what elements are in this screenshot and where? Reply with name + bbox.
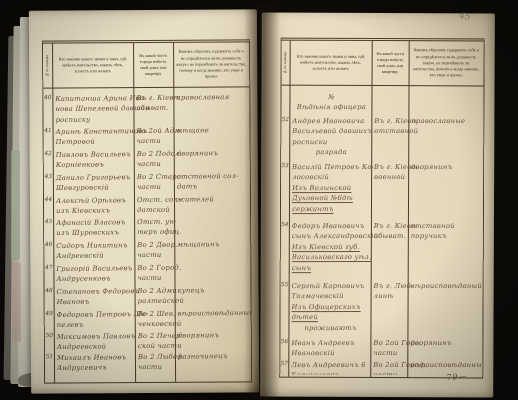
handwritten-line: Петровой	[56, 137, 133, 148]
handwritten-line: сынъ	[292, 263, 370, 273]
handwritten-line: Толмачевскій	[292, 291, 370, 301]
row-number: 52	[281, 116, 289, 158]
handwritten-line: Въ г. Кіевѣ	[374, 162, 407, 172]
handwritten-line: Во 2 Город.	[137, 263, 173, 274]
status-cell: вѣроисповѣданный	[175, 307, 251, 329]
handwritten-line: изъ Шуровскихъ	[56, 228, 133, 239]
handwritten-line: Аринѣ Константиновъ	[55, 126, 132, 137]
handwritten-line: Шевгуровскій	[56, 182, 133, 193]
handwritten-line: Ивановскій	[291, 348, 369, 358]
status-cell: дворянинъ	[175, 329, 251, 351]
handwritten-line: обыват.	[374, 232, 407, 242]
handwritten-line: купецъ	[177, 285, 249, 296]
handwritten-line: Въ г. Люб-	[374, 280, 407, 290]
handwritten-line: лосовскій	[292, 173, 370, 183]
table-row: 46Сидоръ НикитинъАндреевскійВо 2 Двор.ча…	[44, 239, 250, 262]
handwritten-line: военной	[374, 173, 407, 183]
name-cell: Афанасій Власовъизъ Шуровскихъ	[53, 218, 134, 240]
residence-cell: Въ г. Кіевѣвоенной	[371, 162, 408, 214]
row-number: 48	[44, 287, 53, 308]
status-cell: мѣщанинъ	[174, 239, 250, 261]
right-rows: №Вѣдѣнія офицера52Андрея ИвановичаВасиль…	[280, 87, 483, 376]
table-row: 47Григорій ВасильевъАндрусенковъВо 2 Гор…	[44, 262, 250, 285]
status-cell: разночинецъ	[175, 351, 251, 373]
table-row: 48Степановъ ФедоровъИвановъВо 2 Адми.рал…	[44, 285, 250, 308]
handwritten-line: дворянинъ	[177, 148, 249, 159]
left-rows: 40Капитанша Арина Ива-нова Шепелевой дав…	[43, 88, 251, 380]
column-header-status: Какимъ образомъ содержитъ себя и не опре…	[173, 42, 249, 86]
residence-cell: Во 2 Печер.ской части	[135, 330, 175, 351]
table-row: 49Федоровъ Петровъ Ше-пелевъВо 2 Шев.чен…	[45, 308, 251, 331]
handwritten-line: Во 2 Шев.	[138, 308, 174, 319]
handwritten-line: части	[373, 348, 406, 358]
handwritten-line: Въ г. Кіевѣ	[374, 116, 407, 126]
name-cell: Павловъ ВасильевъКорніенковъ	[53, 149, 134, 171]
handwritten-line: дѣтей	[292, 312, 370, 322]
handwritten-line: Сергѣй Карповичъ	[292, 281, 370, 291]
status-cell: дворянинъ	[407, 337, 482, 358]
row-number: 55	[281, 281, 289, 333]
name-cell: Алексѣй Орѣховъизъ Кіевскихъ	[53, 195, 134, 217]
handwritten-line: Федоровъ Петровъ Ше-	[57, 309, 134, 320]
handwritten-line: части	[137, 250, 173, 261]
table-row: 55Сергѣй КарповичъТолмачевскійИзъ Офицер…	[281, 280, 483, 332]
name-cell: Иванъ АндреевъИвановскій	[288, 338, 370, 359]
handwritten-line: сынъ Александровскій	[292, 232, 370, 242]
residence-cell: Отст. сол-датской	[134, 194, 174, 215]
residence-cell: Въ г. Кіевѣобыват.	[371, 221, 408, 273]
name-cell: Капитанша Арина Ива-нова Шепелевой давша…	[52, 93, 133, 125]
status-cell	[408, 92, 483, 113]
column-header-residence: Въ какой части города имѣетъ свой домъ и…	[372, 41, 409, 85]
handwritten-line: вѣроисповѣданый	[411, 280, 483, 290]
handwritten-line: Во 2 Лыбед.	[138, 352, 174, 363]
handwritten-line: Андреевской	[57, 341, 134, 352]
table-row: 53Василій Петровъ Ко-лосовскійИзъ Волынс…	[281, 162, 483, 214]
name-cell: Сидоръ НикитинъАндреевскій	[53, 240, 134, 262]
handwritten-line: поручикъ	[411, 232, 482, 242]
handwritten-line: Во 2 Двор.	[137, 240, 173, 251]
residence-cell: Въ г. Люб-линѣ	[371, 280, 408, 332]
row-number: 42	[44, 150, 53, 171]
handwritten-line: пелевъ	[57, 319, 134, 330]
column-header-name: Кто именно какого званія и чина, гдѣ имѣ…	[52, 43, 133, 87]
table-row: 50Максимовъ ПавловъАндреевскойВо 2 Печер…	[45, 329, 251, 352]
handwritten-line: дворянинъ	[410, 337, 481, 347]
handwritten-line: Изъ Офицерскихъ	[292, 301, 370, 311]
table-header-row: № по порядку Кто именно какого званія и …	[282, 41, 484, 87]
handwritten-line: №	[292, 92, 370, 102]
book-fore-edge	[12, 262, 21, 342]
handwritten-line: проживаютъ	[292, 322, 370, 332]
table-row: 52Андрея ИвановичаВасильевой давшихъросп…	[281, 116, 483, 158]
handwritten-line: Во 2 Адми.	[137, 286, 173, 297]
page-number: 45	[458, 11, 471, 23]
handwritten-line: отставной	[411, 221, 482, 231]
residence-cell: Отст. ун-теръ офиц.	[134, 217, 174, 238]
name-cell: Григорій ВасильевъАндрусенковъ	[53, 263, 134, 285]
handwritten-line: отставной сол-	[177, 171, 249, 182]
table-row: 44Алексѣй Орѣховъизъ КіевскихъОтст. сол-…	[44, 193, 250, 216]
row-number: 41	[43, 127, 52, 148]
handwritten-line: части	[137, 182, 173, 193]
residence-cell: Во 2ой Город.части	[370, 360, 407, 375]
handwritten-line: ской части	[138, 341, 174, 352]
row-number: 51	[45, 353, 54, 374]
status-cell: дворянинъ	[174, 148, 250, 170]
residence-cell: Во 2 Двор.части	[134, 240, 174, 261]
name-cell: Максимовъ ПавловъАндреевской	[54, 331, 135, 353]
row-number: 49	[45, 310, 54, 331]
handwritten-line: дворянинъ	[178, 329, 250, 340]
handwritten-line: православная	[176, 92, 248, 103]
residence-cell: Во 2ой Горо.части	[370, 338, 407, 359]
handwritten-line: дворянинъ	[411, 162, 482, 172]
status-cell: дворянинъ	[408, 162, 483, 214]
handwritten-line: Ивановъ	[57, 296, 134, 307]
handwritten-line: росписку	[55, 114, 132, 125]
handwritten-line: части	[373, 371, 406, 376]
handwritten-line: Алексѣй Орѣховъ	[56, 195, 133, 206]
handwritten-line: Григорій Васильевъ	[56, 263, 133, 274]
handwritten-line: Данило Григорьевъ	[56, 172, 133, 183]
handwritten-line: нова Шепелевой давшая	[55, 104, 132, 115]
name-cell: №Вѣдѣнія офицера	[289, 92, 371, 113]
handwritten-line: датской	[137, 205, 173, 216]
handwritten-line: вѣроисповѣданный	[178, 307, 251, 318]
residence-cell: Во 2ой Адм.части	[133, 126, 173, 147]
residence-cell	[371, 92, 408, 113]
book-photo: 45 № по порядку Кто именно какого званія…	[0, 0, 518, 400]
status-cell: православные	[408, 116, 483, 158]
handwritten-line: Федоръ Ивановичъ	[292, 221, 370, 231]
status-cell: купецъ	[174, 285, 250, 307]
table-row: 43Данило ГригорьевъШевгуровскійВо 2 Стар…	[44, 171, 250, 194]
handwritten-line: Васильевой давшихъ	[292, 126, 370, 136]
name-cell: Михаилъ ИвановъАндрусевичъ	[54, 352, 135, 374]
residence-cell: Во 2 Адми.ралтейской	[134, 286, 174, 307]
name-cell: Федоровъ Петровъ Ше-пелевъ	[54, 309, 135, 331]
handwritten-line: Во 2 Подол.	[137, 149, 173, 160]
row-number: 44	[44, 196, 53, 217]
name-cell: Аринѣ КонстантиновъПетровой	[52, 126, 133, 148]
row-number	[281, 92, 289, 113]
handwritten-line: части	[137, 136, 173, 147]
handwritten-line: Максимовъ Павловъ	[57, 331, 134, 342]
handwritten-line: Изъ Кіевской губ.	[292, 242, 370, 252]
handwritten-line: Отст. сол-	[137, 194, 173, 205]
table-row: 54Федоръ Ивановичъсынъ АлександровскійИз…	[281, 221, 483, 273]
status-cell	[174, 216, 250, 238]
left-register-table: № по порядку Кто именно какого званія и …	[42, 39, 252, 383]
residence-cell: Въ г. Кіевѣотставной	[371, 116, 408, 158]
residence-cell: Въ г. Кіевѣобыват.	[133, 93, 173, 125]
table-header-row: № по порядку Кто именно какого званія и …	[43, 42, 249, 88]
handwritten-line: разночинецъ	[178, 351, 250, 362]
row-number: 46	[44, 241, 53, 262]
column-header-residence: Въ какой части города имѣетъ свой домъ и…	[133, 43, 173, 87]
handwritten-line: Въ г. Кіевѣ	[374, 221, 407, 231]
handwritten-line: Андреевскій	[56, 251, 133, 262]
residence-cell: Во 2 Лыбед.части	[135, 352, 175, 373]
row-number: 56	[280, 338, 288, 359]
handwritten-line: сержантъ	[292, 204, 370, 214]
name-cell: Сергѣй КарповичъТолмачевскійИзъ Офицерск…	[289, 281, 371, 333]
handwritten-line: ченковской	[138, 319, 174, 330]
status-cell: отставнойпоручикъ	[408, 221, 483, 273]
row-number: 54	[281, 222, 289, 274]
status-cell: вѣроисповѣданый	[408, 280, 484, 332]
row-number: 53	[281, 163, 289, 215]
handwritten-line: православные	[411, 116, 482, 126]
residence-cell: Во 2 Шев.ченковской	[135, 308, 175, 329]
handwritten-line: части	[138, 362, 174, 373]
residence-cell: Во 2 Подол.части	[134, 149, 174, 170]
table-row: №Вѣдѣнія офицера	[281, 92, 483, 113]
table-row: 45Афанасій Власовъизъ ШуровскихъОтст. ун…	[44, 216, 250, 239]
name-cell: Степановъ ФедоровъИвановъ	[53, 286, 134, 308]
handwritten-line: вѣроисповѣданнымъ	[410, 360, 483, 370]
right-page: № по порядку Кто именно какого званія и …	[260, 12, 495, 397]
handwritten-line: мѣщане	[176, 125, 248, 136]
handwritten-line: мѣщанинъ	[177, 239, 249, 250]
handwritten-line: отставной	[374, 126, 407, 136]
row-number: 50	[45, 332, 54, 353]
status-cell	[174, 262, 250, 284]
handwritten-line: части	[137, 273, 173, 284]
table-row: 40Капитанша Арина Ива-нова Шепелевой дав…	[43, 92, 249, 126]
handwritten-line: разряда	[292, 147, 370, 157]
handwritten-line: теръ офиц.	[137, 228, 173, 239]
handwritten-line: датъ	[177, 181, 249, 192]
status-cell: отставной сол-датъ	[174, 171, 250, 193]
column-header-status: Какимъ образомъ содержитъ себя и не опре…	[409, 41, 484, 85]
row-number: 43	[44, 173, 53, 194]
handwritten-line: Андрея Ивановича	[292, 116, 370, 126]
handwritten-line: Вѣдѣнія офицера	[292, 102, 370, 112]
name-cell: Василій Петровъ Ко-лосовскійИзъ Волынско…	[289, 162, 371, 214]
status-cell: мѣщане	[173, 125, 249, 147]
handwritten-line: Павловъ Васильевъ	[56, 149, 133, 160]
handwritten-line: росписки	[292, 137, 370, 147]
handwritten-line: Во 2ой Город.	[373, 360, 406, 370]
handwritten-line: Васильковскаго уѣз.	[292, 253, 370, 263]
table-row: 41Аринѣ КонстантиновъПетровойВо 2ой Адм.…	[43, 125, 249, 148]
handwritten-line: жителей	[177, 193, 249, 204]
handwritten-line: Во 2 Печер.	[138, 330, 174, 341]
handwritten-line: Левъ Андреевичъ 6	[291, 360, 369, 370]
handwritten-line: Андрусенковъ	[56, 274, 133, 285]
residence-cell: Во 2 Старо.части	[134, 172, 174, 193]
left-page: № по порядку Кто именно какого званія и …	[29, 9, 259, 393]
handwritten-line: Въ г. Кіевѣ	[136, 93, 172, 104]
name-cell: Федоръ Ивановичъсынъ АлександровскійИзъ …	[289, 221, 371, 273]
column-header-name: Кто именно какого званія и чина, гдѣ имѣ…	[290, 41, 372, 85]
table-row: 56Иванъ АндреевъИвановскійВо 2ой Горо.ча…	[280, 337, 482, 358]
table-row: 51Михаилъ ИвановъАндрусевичъВо 2 Лыбед.ч…	[45, 351, 251, 374]
handwritten-line: ралтейской	[138, 296, 174, 307]
status-cell: православная	[173, 92, 249, 124]
name-cell: Левъ Андреевичъ 6Корніенковъ	[288, 360, 370, 375]
handwritten-line: линѣ	[374, 291, 407, 301]
row-number: 57	[280, 360, 288, 375]
column-header-number: № по порядку	[282, 41, 290, 85]
handwritten-line: Андрусевичъ	[57, 363, 134, 374]
residence-cell: Во 2 Город.части	[134, 263, 174, 284]
handwritten-line: Степановъ Федоровъ	[56, 286, 133, 297]
row-number: 47	[44, 264, 53, 285]
handwritten-line: части	[137, 159, 173, 170]
right-register-table: № по порядку Кто именно какого званія и …	[279, 38, 484, 379]
row-number: 45	[44, 219, 53, 240]
handwritten-line: Духовной №6дѣ	[292, 194, 370, 204]
column-header-number: № по порядку	[43, 44, 52, 88]
handwritten-line: изъ Кіевскихъ	[56, 205, 133, 216]
handwritten-line: Во 2 Старо.	[137, 172, 173, 183]
row-number: 40	[43, 94, 52, 125]
handwritten-line: Во 2ой Горо.	[373, 338, 406, 348]
table-row: 42Павловъ ВасильевъКорніенковъВо 2 Подол…	[44, 148, 250, 171]
handwritten-line: Корніенковъ	[291, 371, 369, 376]
handwritten-line: Во 2ой Адм.	[136, 126, 172, 137]
handwritten-line: Василій Петровъ Ко-	[292, 162, 370, 172]
handwritten-line: Иванъ Андреевъ	[291, 338, 369, 348]
status-cell: жителей	[174, 193, 250, 215]
name-cell: Данило ГригорьевъШевгуровскій	[53, 172, 134, 194]
handwritten-line: Изъ Волынской	[292, 183, 370, 193]
clerk-signature: 79—	[446, 371, 468, 382]
name-cell: Андрея ИвановичаВасильевой давшихъроспис…	[289, 116, 371, 158]
handwritten-line: обыват.	[136, 103, 172, 114]
handwritten-line: Корніенковъ	[56, 160, 133, 171]
book-fore-edge	[11, 150, 20, 260]
